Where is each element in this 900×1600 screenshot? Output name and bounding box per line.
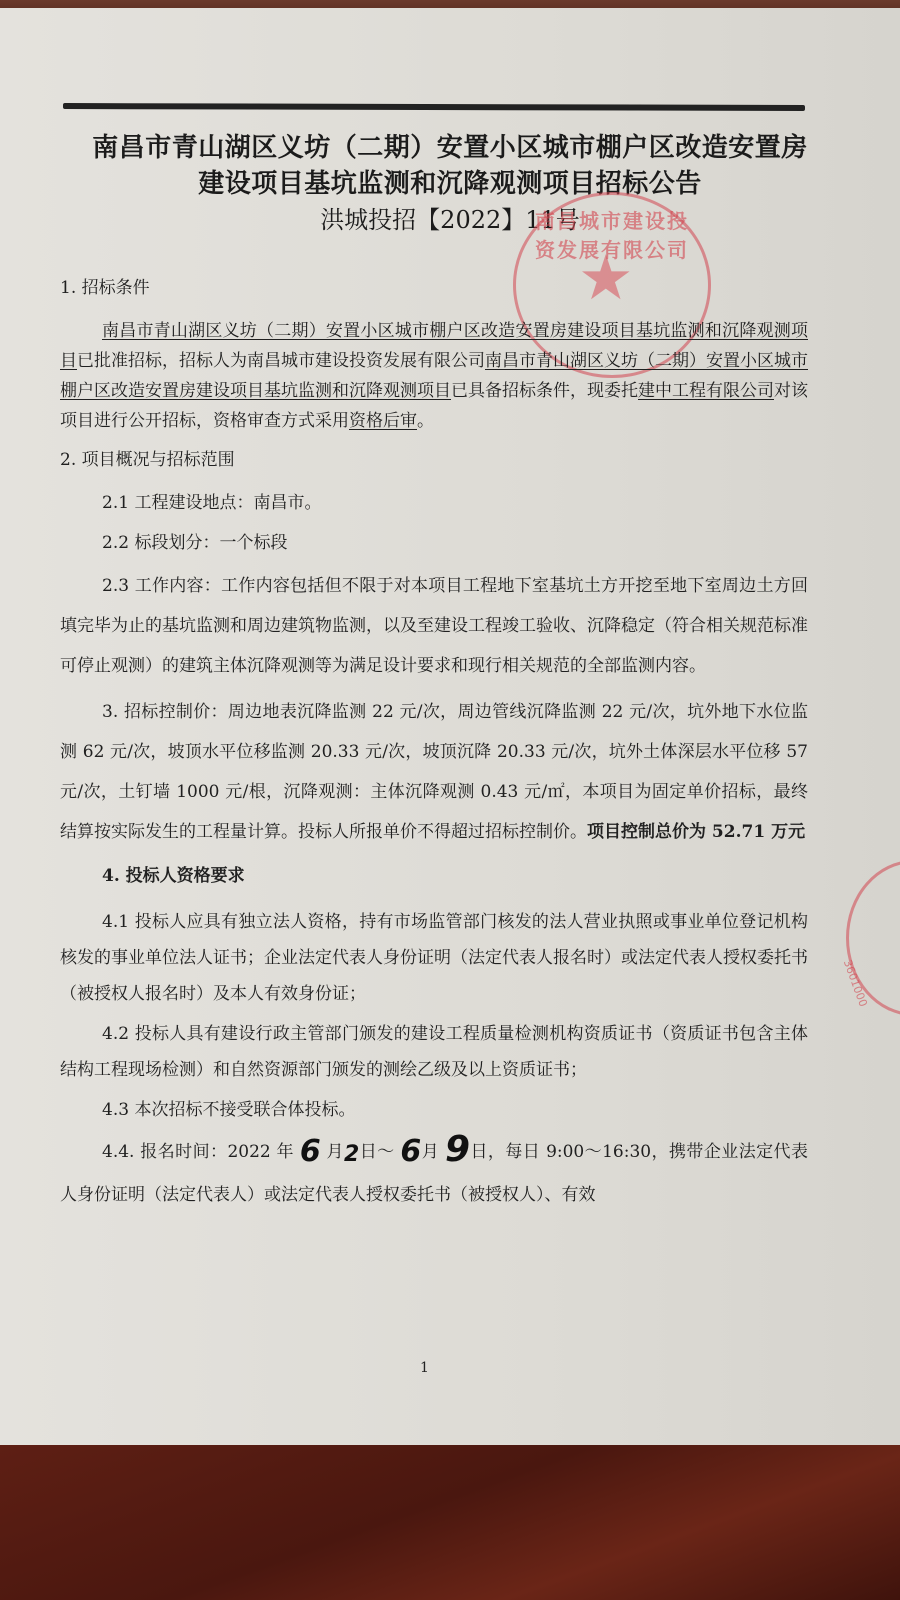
section-2-heading: 2. 项目概况与招标范围 <box>60 444 808 476</box>
title-line-2: 建设项目基坑监测和沉降观测项目招标公告 <box>40 166 860 202</box>
handwritten-day-end: 9 <box>445 1129 470 1170</box>
title-line-1: 南昌市青山湖区义坊（二期）安置小区城市棚户区改造安置房 <box>40 130 860 166</box>
section-4-3: 4.3 本次招标不接受联合体投标。 <box>60 1092 808 1128</box>
section-4-heading: 4. 投标人资格要求 <box>60 860 808 892</box>
section-2-1: 2.1 工程建设地点：南昌市。 <box>60 486 808 520</box>
page-number: 1 <box>420 1360 429 1376</box>
section-3-control-price: 3. 招标控制价：周边地表沉降监测 22 元/次，周边管线沉降监测 22 元/次… <box>60 692 808 852</box>
section-4-4-registration-time: 4.4. 报名时间：2022 年 6 月2日～ 6月 9日，每日 9:00～16… <box>60 1130 808 1215</box>
document-title-block: 南昌市青山湖区义坊（二期）安置小区城市棚户区改造安置房 建设项目基坑监测和沉降观… <box>40 130 860 238</box>
handwritten-month-end: 6 <box>400 1134 421 1169</box>
document-number: 洪城投招【2022】11号 <box>40 202 860 238</box>
wooden-table-background <box>0 1445 900 1600</box>
section-1-heading: 1. 招标条件 <box>60 272 808 304</box>
section-2-3: 2.3 工作内容：工作内容包括但不限于对本项目工程地下室基坑土方开挖至地下室周边… <box>60 566 808 686</box>
section-1-paragraph: 南昌市青山湖区义坊（二期）安置小区城市棚户区改造安置房建设项目基坑监测和沉降观测… <box>60 316 808 436</box>
handwritten-day-start: 2 <box>344 1142 359 1167</box>
handwritten-month-start: 6 <box>300 1134 321 1169</box>
total-control-price: 项目控制总价为 52.71 万元 <box>587 822 805 842</box>
section-4-2: 4.2 投标人具有建设行政主管部门颁发的建设工程质量检测机构资质证书（资质证书包… <box>60 1016 808 1088</box>
section-2-2: 2.2 标段划分：一个标段 <box>60 526 808 560</box>
section-4-1: 4.1 投标人应具有独立法人资格，持有市场监管部门核发的法人营业执照或事业单位登… <box>60 904 808 1012</box>
document-body: 1. 招标条件 南昌市青山湖区义坊（二期）安置小区城市棚户区改造安置房建设项目基… <box>60 272 808 1215</box>
